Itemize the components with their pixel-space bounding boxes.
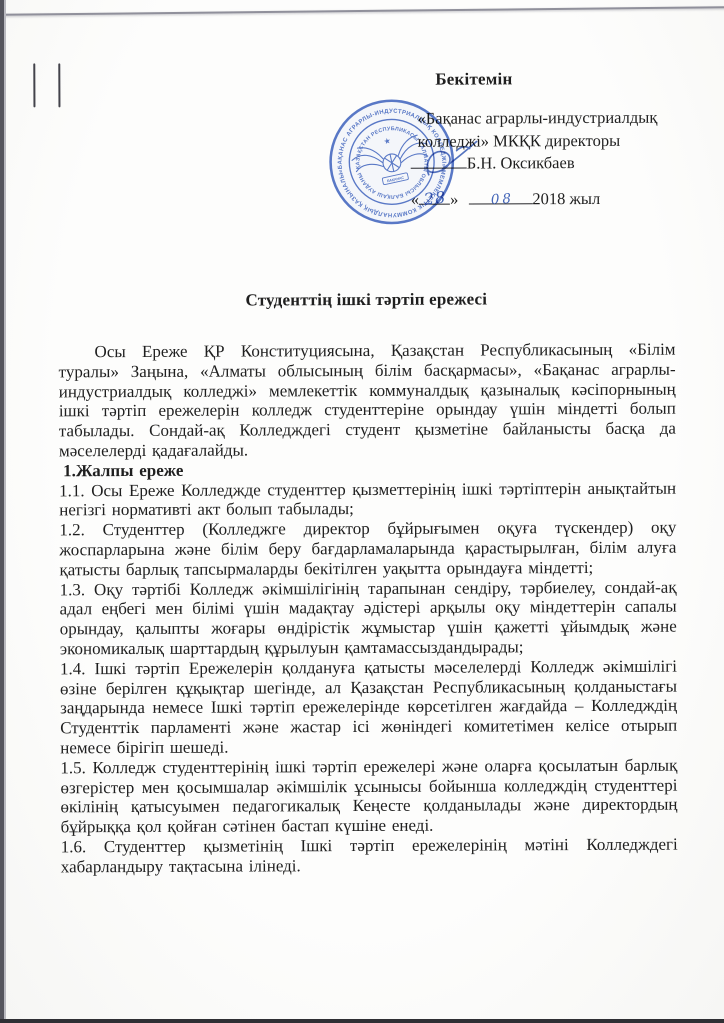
pen-mark: [33, 63, 35, 107]
paragraph: 1.5. Колледж студенттерінің ішкі тәртіп …: [60, 755, 677, 837]
paragraph: Осы Ереже ҚР Конституциясына, Қазақстан …: [58, 340, 676, 461]
pen-mark: [58, 63, 60, 107]
paragraph: 1.4. Ішкі тәртіп Ережелерін қолдануға қа…: [60, 656, 677, 758]
date-year-text: 2018 жыл: [532, 189, 600, 208]
handwritten-month: 08: [490, 191, 514, 208]
document-title: Студенттің ішкі тәртіп ережесі: [58, 289, 674, 312]
scan-bottom-edge: [0, 1019, 724, 1023]
paragraph: 1.2. Студенттер (Колледжге директор бұйр…: [59, 518, 676, 580]
scan-content: Бекітемін «Бақанас аграрлы-индустриалдық…: [0, 0, 724, 1023]
paragraph: 1.1. Осы Ереже Колледжде студенттер қызм…: [59, 478, 676, 520]
paragraph: 1.6. Студенттер қызметінің Ішкі тәртіп е…: [61, 835, 678, 877]
approve-label: Бекітемін: [435, 69, 512, 89]
section-heading: 1.Жалпы ереже: [59, 458, 676, 480]
scan-left-edge-soft: [4, 0, 6, 1023]
scanned-document-page: Бекітемін «Бақанас аграрлы-индустриалдық…: [0, 0, 724, 1023]
scan-top-edge: [0, 6, 724, 16]
director-signature: [399, 122, 499, 192]
paragraph: 1.3. Оқу тәртібі Колледж әкімшілігінің т…: [60, 577, 677, 659]
body-paragraphs: Осы Ереже ҚР Конституциясына, Қазақстан …: [58, 340, 677, 877]
